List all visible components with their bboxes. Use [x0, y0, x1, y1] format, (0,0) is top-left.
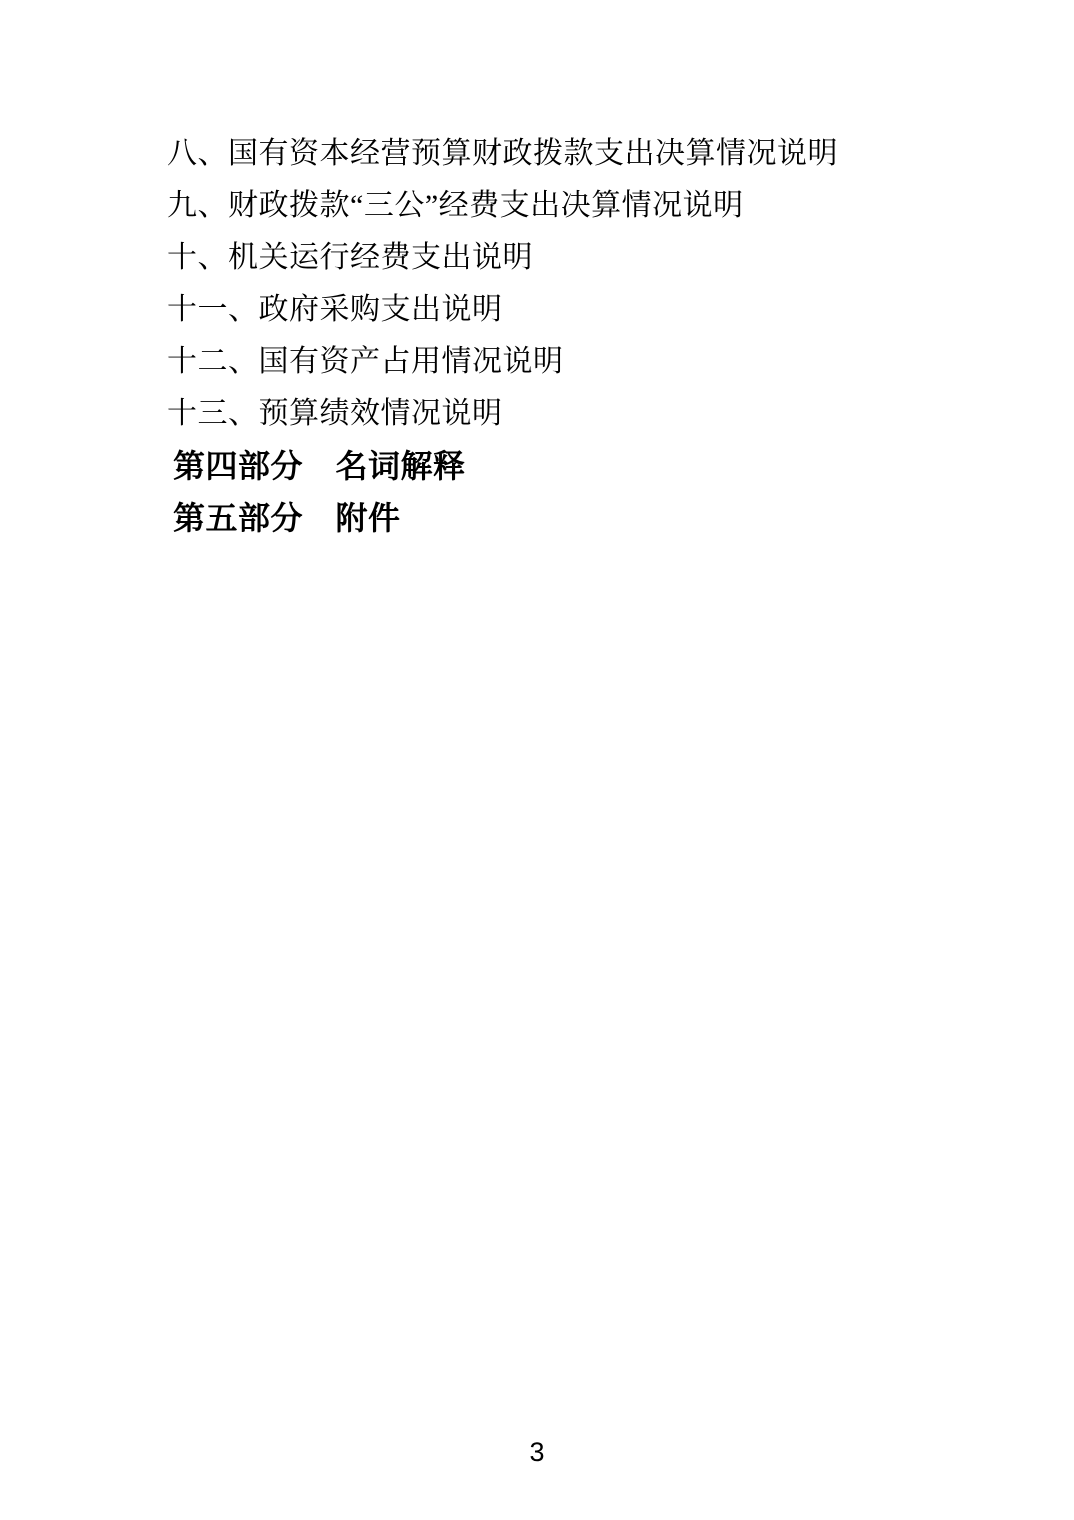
- toc-item-11: 十一、政府采购支出说明: [0, 284, 1074, 336]
- toc-section-part5-heading: 第五部分 附件: [0, 492, 1074, 544]
- toc-item-13: 十三、预算绩效情况说明: [0, 388, 1074, 440]
- document-page: 八、国有资本经营预算财政拨款支出决算情况说明 九、财政拨款“三公”经费支出决算情…: [0, 0, 1074, 1520]
- table-of-contents: 八、国有资本经营预算财政拨款支出决算情况说明 九、财政拨款“三公”经费支出决算情…: [0, 128, 1074, 544]
- page-number: 3: [0, 1432, 1074, 1472]
- toc-item-10: 十、机关运行经费支出说明: [0, 232, 1074, 284]
- toc-item-9: 九、财政拨款“三公”经费支出决算情况说明: [0, 180, 1074, 232]
- toc-item-12: 十二、国有资产占用情况说明: [0, 336, 1074, 388]
- toc-item-8: 八、国有资本经营预算财政拨款支出决算情况说明: [0, 128, 1074, 180]
- toc-section-part4-heading: 第四部分 名词解释: [0, 440, 1074, 492]
